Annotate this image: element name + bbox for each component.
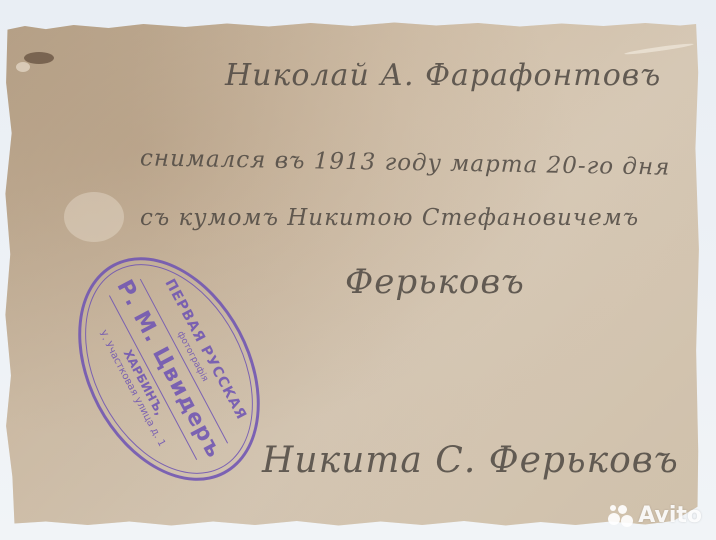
inscription-line-4: Ферьковъ xyxy=(345,262,525,302)
signature: Никита С. Ферьковъ xyxy=(262,440,679,481)
stain xyxy=(64,192,124,242)
watermark-label: Avito xyxy=(638,503,702,528)
avito-watermark: Avito xyxy=(608,503,702,528)
stain xyxy=(24,52,54,64)
inscription-line-1: Николай А. Фарафонтовъ xyxy=(225,58,661,93)
stain xyxy=(16,62,30,72)
stain xyxy=(624,42,694,56)
avito-logo-icon xyxy=(608,505,634,527)
inscription-line-3: съ кумомъ Никитою Стефановичемъ xyxy=(140,205,639,231)
